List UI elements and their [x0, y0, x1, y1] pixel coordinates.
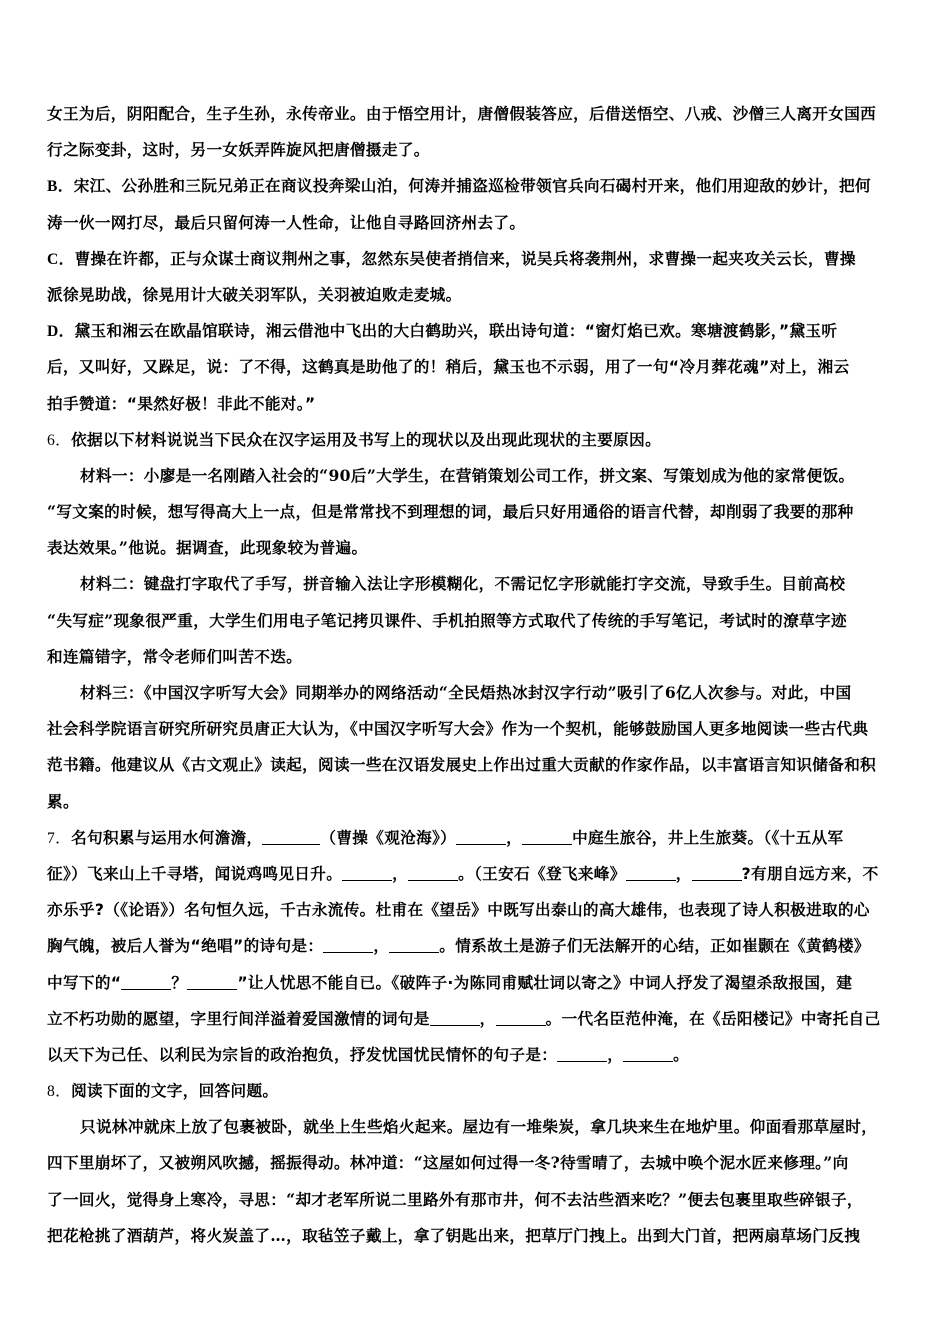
q7-text: 名句积累与运用水何澹澹， — [71, 829, 262, 847]
q7-text: ， — [676, 865, 692, 883]
q7-text: ， — [373, 937, 389, 955]
material-1-line-2: “写文案的时候，想写得高大上一点，但是常常找不到理想的词，最后只好用通俗的语言代… — [47, 494, 907, 530]
question-8-number: 8． — [47, 1083, 71, 1100]
answer-blank[interactable] — [389, 937, 439, 954]
option-c-label: C． — [47, 251, 75, 268]
q7-text: 。 — [673, 1046, 689, 1064]
material-2-line-2: “失写症”现象很严重，大学生们用电子笔记拷贝课件、手机拍照等方式取代了传统的手写… — [47, 603, 907, 639]
question-7-number: 7． — [47, 830, 71, 847]
option-b-line-1: B．宋江、公孙胜和三阮兄弟正在商议投奔梁山泊，何涛并捕盗巡检带领官兵向石碣村开来… — [47, 168, 907, 204]
material-3-line-2: 社会科学院语言研究所研究员唐正大认为，《中国汉字听写大会》作为一个契机，能够鼓励… — [47, 711, 907, 747]
option-d-text: 黛玉和湘云在欧晶馆联诗，湘云借池中飞出的大白鹤助兴，联出诗句道：“窗灯焰已欢。寒… — [75, 322, 838, 340]
option-c-line-2: 派徐晃助战，徐晃用计大破关羽军队，关羽被迫败走麦城。 — [47, 277, 907, 313]
q7-text: 征》）飞来山上千寻塔，闻说鸡鸣见日升。 — [47, 865, 342, 883]
question-8-prompt: 8．阅读下面的文字，回答问题。 — [47, 1073, 907, 1109]
question-6-number: 6． — [47, 432, 71, 449]
q7-text: 。情系故土是游子们无法解开的心结，正如崔颢在《黄鹤楼》 — [439, 937, 869, 955]
q7-text: ， — [506, 829, 522, 847]
question-7-line-2: 征》）飞来山上千寻塔，闻说鸡鸣见日升。，。（王安石《登飞来峰》，?有朋自远方来，… — [47, 856, 907, 892]
q7-text: 中庭生旅谷，井上生旅葵。（《十五从军 — [572, 829, 843, 847]
question-6-text: 依据以下材料说说当下民众在汉字运用及书写上的现状以及出现此现状的主要原因。 — [71, 431, 661, 449]
passage-line-2: 四下里崩坏了，又被朔风吹撼，摇振得动。林冲道：“这屋如何过得一冬?待雪晴了，去城… — [47, 1145, 907, 1181]
option-a-line-1: 女王为后，阴阳配合，生子生孙，永传帝业。由于悟空用计，唐僧假装答应，后借送悟空、… — [47, 96, 907, 132]
answer-blank[interactable] — [456, 828, 506, 845]
material-3-line-3: 范书籍。他建议从《古文观止》读起，阅读一些在汉语发展史上作出过重大贡献的作家作品… — [47, 747, 907, 783]
question-7-line-4: 胸气魄，被后人誉为“绝唱”的诗句是：，。情系故土是游子们无法解开的心结，正如崔颢… — [47, 928, 907, 964]
q7-text: ， — [480, 1010, 496, 1028]
option-d-line-3: 拍手赞道：“果然好极！非此不能对。” — [47, 386, 907, 422]
material-3-line-1: 材料三：《中国汉字听写大会》同期举办的网络活动“全民焐热冰封汉字行动”吸引了6亿… — [47, 675, 907, 711]
material-1-line-1: 材料一：小廖是一名刚踏入社会的“90后”大学生，在营销策划公司工作，拼文案、写策… — [47, 458, 907, 494]
material-3-line-4: 累。 — [47, 784, 907, 820]
passage-line-3: 了一回火，觉得身上寒冷，寻思：“却才老军所说二里路外有那市井，何不去沽些酒来吃？… — [47, 1182, 907, 1218]
q7-text: ?有朋自远方来，不 — [742, 865, 879, 883]
option-b-label: B． — [47, 178, 74, 195]
question-7-line-3: 亦乐乎?（《论语》）名句恒久远，千古永流传。杜甫在《望岳》中既写出泰山的高大雄伟… — [47, 892, 907, 928]
passage-line-4: 把花枪挑了酒葫芦，将火炭盖了…，取毡笠子戴上，拿了钥匙出来，把草厅门拽上。出到大… — [47, 1218, 907, 1254]
option-b-text: 宋江、公孙胜和三阮兄弟正在商议投奔梁山泊，何涛并捕盗巡检带领官兵向石碣村开来，他… — [74, 177, 871, 195]
answer-blank[interactable] — [623, 1045, 673, 1062]
option-a-line-2: 行之际变卦，这时，另一女妖弄阵旋风把唐僧摄走了。 — [47, 132, 907, 168]
answer-blank[interactable] — [496, 1009, 546, 1026]
answer-blank[interactable] — [342, 864, 392, 881]
question-7-line-6: 立不朽功勋的愿望，字里行间洋溢着爱国激情的词句是，。一代名臣范仲淹，在《岳阳楼记… — [47, 1001, 907, 1037]
question-6-prompt: 6．依据以下材料说说当下民众在汉字运用及书写上的现状以及出现此现状的主要原因。 — [47, 422, 907, 458]
q7-text: 以天下为己任、以利民为宗旨的政治抱负，抒发忧国忧民情怀的句子是： — [47, 1046, 557, 1064]
q7-text: ”让人忧思不能自已。《破阵子·为陈同甫赋壮词以寄之》中词人抒发了渴望杀敌报国，建 — [237, 974, 852, 992]
document-page: 女王为后，阴阳配合，生子生孙，永传帝业。由于悟空用计，唐僧假装答应，后借送悟空、… — [47, 96, 907, 1254]
answer-blank[interactable] — [187, 973, 237, 990]
q7-text: 。一代名臣范仲淹，在《岳阳楼记》中寄托自己 — [546, 1010, 881, 1028]
option-d-line-1: D．黛玉和湘云在欧晶馆联诗，湘云借池中飞出的大白鹤助兴，联出诗句道：“窗灯焰已欢… — [47, 313, 907, 349]
answer-blank[interactable] — [692, 864, 742, 881]
q7-text: 立不朽功勋的愿望，字里行间洋溢着爱国激情的词句是 — [47, 1010, 430, 1028]
question-7-line-7: 以天下为己任、以利民为宗旨的政治抱负，抒发忧国忧民情怀的句子是：，。 — [47, 1037, 907, 1073]
q7-text: 。（王安石《登飞来峰》 — [458, 865, 626, 883]
answer-blank[interactable] — [408, 864, 458, 881]
option-b-line-2: 涛一伙一网打尽，最后只留何涛一人性命，让他自寻路回济州去了。 — [47, 205, 907, 241]
question-8-text: 阅读下面的文字，回答问题。 — [71, 1082, 278, 1100]
answer-blank[interactable] — [430, 1009, 480, 1026]
q7-text: 胸气魄，被后人誉为“绝唱”的诗句是： — [47, 937, 323, 955]
answer-blank[interactable] — [557, 1045, 607, 1062]
option-c-text: 曹操在许都，正与众谋士商议荆州之事，忽然东吴使者捎信来，说吴兵将袭荆州，求曹操一… — [75, 250, 856, 268]
material-2-line-3: 和连篇错字，常令老师们叫苦不迭。 — [47, 639, 907, 675]
answer-blank[interactable] — [522, 828, 572, 845]
material-1-line-3: 表达效果。”他说。据调查，此现象较为普遍。 — [47, 530, 907, 566]
question-7-line-5: 中写下的“？”让人忧思不能自已。《破阵子·为陈同甫赋壮词以寄之》中词人抒发了渴望… — [47, 965, 907, 1001]
q7-text: ？ — [171, 974, 187, 992]
q7-text: ， — [607, 1046, 623, 1064]
material-2-line-1: 材料二：键盘打字取代了手写，拼音输入法让字形模糊化，不需记忆字形就能打字交流，导… — [47, 566, 907, 602]
option-c-line-1: C．曹操在许都，正与众谋士商议荆州之事，忽然东吴使者捎信来，说吴兵将袭荆州，求曹… — [47, 241, 907, 277]
option-d-line-2: 后，又叫好，又跺足，说：了不得，这鹤真是助他了的！稍后，黛玉也不示弱，用了一句“… — [47, 349, 907, 385]
answer-blank[interactable] — [626, 864, 676, 881]
q7-text: 中写下的“ — [47, 974, 121, 992]
q7-text: ， — [392, 865, 408, 883]
question-7-line-1: 7．名句积累与运用水何澹澹，（曹操《观沧海》），中庭生旅谷，井上生旅葵。（《十五… — [47, 820, 907, 856]
q7-text: （曹操《观沧海》） — [320, 829, 456, 847]
answer-blank[interactable] — [262, 828, 320, 845]
option-d-label: D． — [47, 323, 75, 340]
answer-blank[interactable] — [121, 973, 171, 990]
answer-blank[interactable] — [323, 937, 373, 954]
passage-line-1: 只说林冲就床上放了包裹被卧，就坐上生些焰火起来。屋边有一堆柴炭，拿几块来生在地炉… — [47, 1109, 907, 1145]
